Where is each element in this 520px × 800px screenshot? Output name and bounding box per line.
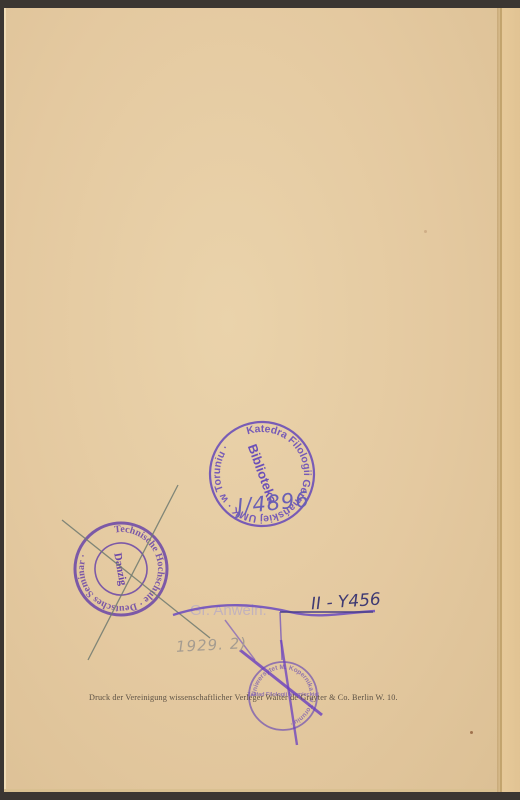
- page-bottom-edge: [4, 789, 497, 792]
- paper-speck: [470, 731, 473, 734]
- paper-speck: [424, 230, 427, 233]
- printer-imprint: Druck der Vereinigung wissenschaftlicher…: [89, 693, 469, 702]
- spine-crease: [500, 8, 502, 792]
- faded-stamp-text: Gr. Anwein.: [190, 602, 267, 619]
- book-page: [4, 8, 499, 792]
- pencil-year-note: 1929. 2): [176, 634, 248, 656]
